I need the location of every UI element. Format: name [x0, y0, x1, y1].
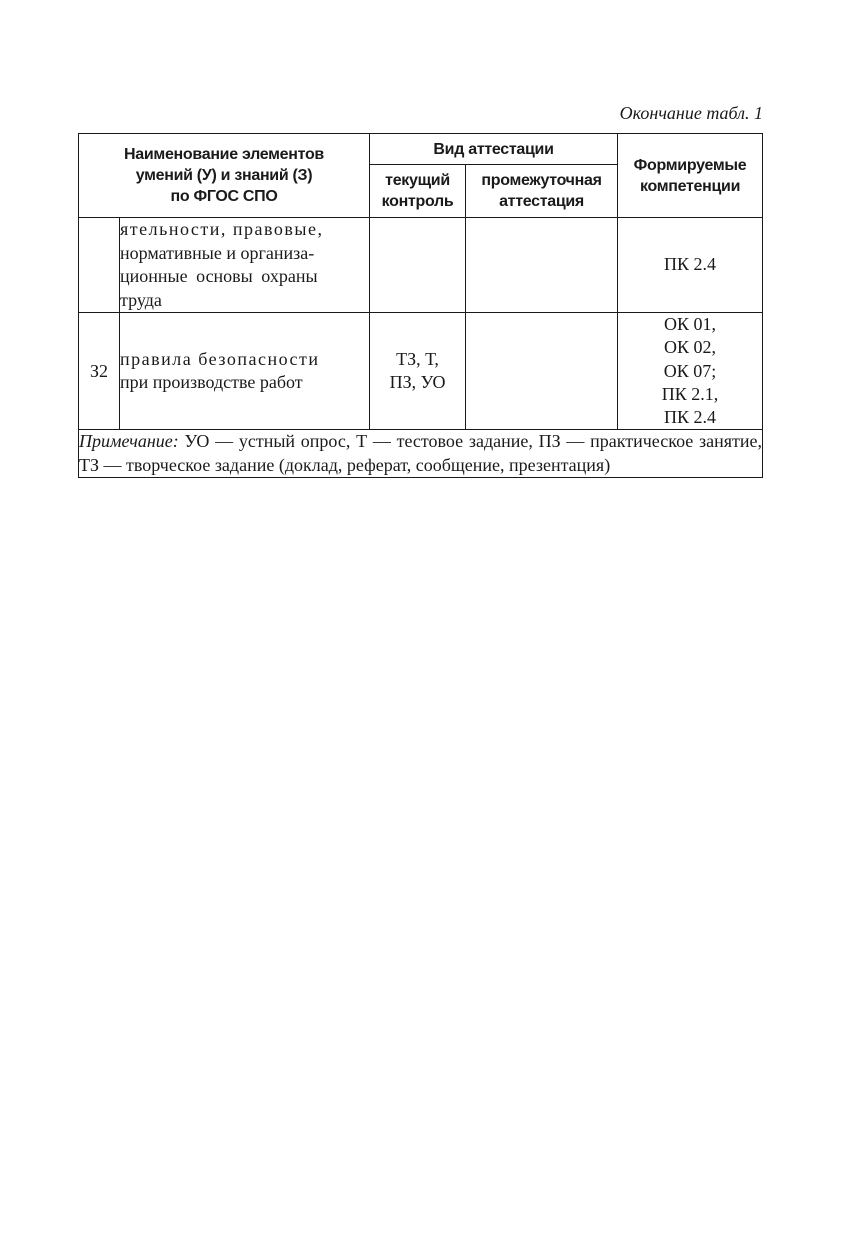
header-name-line: Наименование элементов: [79, 144, 369, 165]
header-intermediate-line: промежуточная: [466, 170, 617, 191]
table-row: З2 правила безопасности при производстве…: [79, 313, 763, 430]
header-competencies: Формируемые компетенции: [618, 134, 763, 218]
competency: ОК 07;: [618, 360, 762, 383]
row-description: правила безопасности при производстве ра…: [120, 313, 370, 430]
desc-line: при производстве работ: [120, 371, 369, 395]
row-intermediate: [466, 313, 618, 430]
header-current-line: контроль: [370, 191, 465, 212]
current-line: ТЗ, Т,: [370, 348, 465, 372]
competency: ПК 2.4: [618, 253, 762, 276]
desc-line: нормативные и организа-: [120, 242, 369, 266]
table-note: Примечание: УО — устный опрос, Т — тесто…: [79, 430, 763, 478]
header-intermediate-line: аттестация: [466, 191, 617, 212]
row-competencies: ОК 01, ОК 02, ОК 07; ПК 2.1, ПК 2.4: [618, 313, 763, 430]
row-current-control: ТЗ, Т, ПЗ, УО: [370, 313, 466, 430]
competency: ОК 02,: [618, 336, 762, 359]
header-name-line: умений (У) и знаний (З): [79, 165, 369, 186]
desc-line: правила безопасности: [120, 348, 369, 372]
competency-table: Наименование элементов умений (У) и знан…: [78, 133, 763, 478]
desc-line: труда: [120, 289, 369, 313]
header-competencies-line: компетенции: [618, 176, 762, 197]
row-number: З2: [79, 313, 120, 430]
row-current-control: [370, 218, 466, 313]
competency: ПК 2.4: [618, 406, 762, 429]
header-attestation-type: Вид аттестации: [370, 134, 618, 165]
header-intermediate: промежуточная аттестация: [466, 165, 618, 218]
current-line: ПЗ, УО: [370, 371, 465, 395]
header-name-line: по ФГОС СПО: [79, 186, 369, 207]
row-number: [79, 218, 120, 313]
table-caption: Окончание табл. 1: [620, 102, 763, 124]
desc-line: ционные основы охраны: [120, 265, 369, 289]
row-competencies: ПК 2.4: [618, 218, 763, 313]
header-current-line: текущий: [370, 170, 465, 191]
note-row: Примечание: УО — устный опрос, Т — тесто…: [79, 430, 763, 478]
table-row: ятельности, правовые, нормативные и орга…: [79, 218, 763, 313]
header-name: Наименование элементов умений (У) и знан…: [79, 134, 370, 218]
desc-line: ятельности, правовые,: [120, 218, 369, 242]
header-current-control: текущий контроль: [370, 165, 466, 218]
note-label: Примечание:: [79, 431, 179, 451]
note-text: УО — устный опрос, Т — тестовое задание,…: [79, 431, 762, 475]
row-intermediate: [466, 218, 618, 313]
row-description: ятельности, правовые, нормативные и орга…: [120, 218, 370, 313]
competency: ПК 2.1,: [618, 383, 762, 406]
competency: ОК 01,: [618, 313, 762, 336]
header-competencies-line: Формируемые: [618, 155, 762, 176]
